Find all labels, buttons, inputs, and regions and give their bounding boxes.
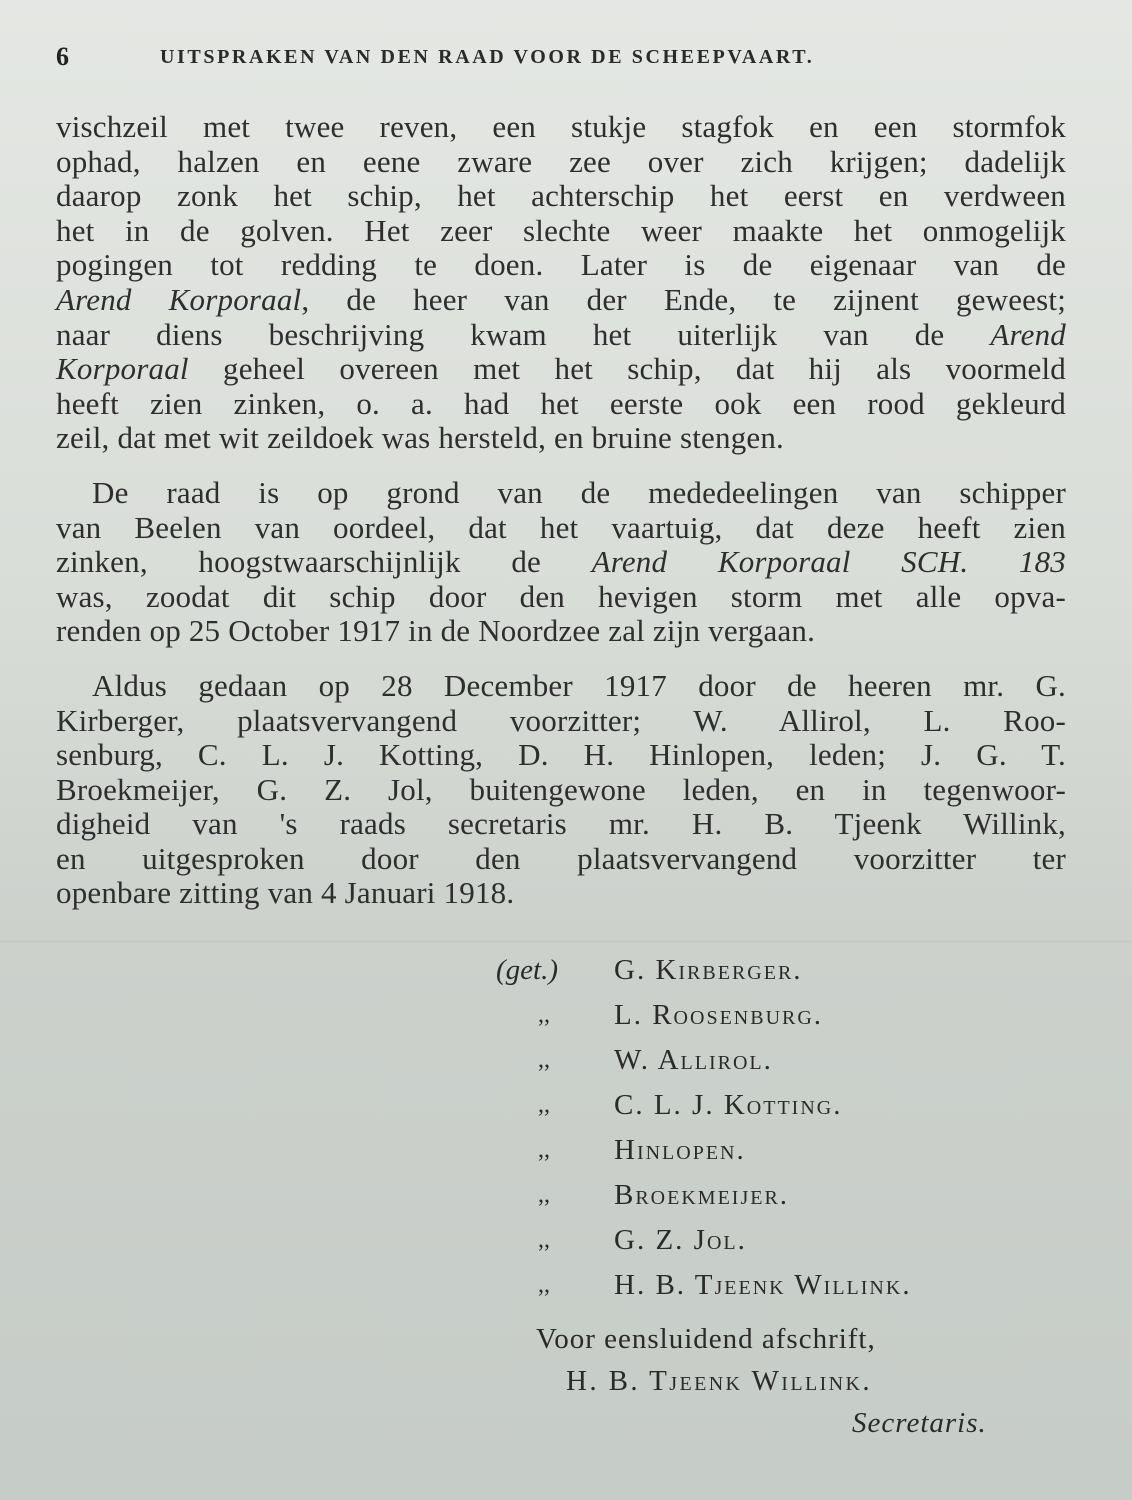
ship-name: Arend Korporaal SCH. 183 — [592, 544, 1066, 579]
paragraph-gap — [56, 649, 1066, 669]
signature-row: ,, W. Allirol. — [496, 1038, 1056, 1083]
signatory-name: L. Roosenburg. — [614, 993, 823, 1038]
signature-row: ,, H. B. Tjeenk Willink. — [496, 1263, 1056, 1308]
text-line: Broekmeijer, G. Z. Jol, buitengewone led… — [56, 773, 1066, 808]
text-line: het in de golven. Het zeer slechte weer … — [56, 214, 1066, 249]
ditto-mark: ,, — [538, 1038, 550, 1083]
text-line: renden op 25 October 1917 in de Noordzee… — [56, 614, 1066, 649]
signatory-name: G. Z. Jol. — [614, 1218, 747, 1263]
text-line: naar diens beschrijving kwam het uiterli… — [56, 318, 1066, 353]
signatory-name: C. L. J. Kotting. — [614, 1083, 842, 1128]
signature-block: (get.) G. Kirberger. ,, L. Roosenburg. ,… — [496, 948, 1056, 1308]
secretary-title: Secretaris. — [536, 1402, 1036, 1444]
text-line: Aldus gedaan op 28 December 1917 door de… — [56, 669, 1066, 704]
paragraph-3: Aldus gedaan op 28 December 1917 door de… — [56, 669, 1066, 911]
signatory-name: Hinlopen. — [614, 1128, 746, 1173]
ship-name: Arend — [990, 317, 1066, 352]
ditto-mark: ,, — [538, 1263, 550, 1308]
text-line: van Beelen van oordeel, dat het vaartuig… — [56, 511, 1066, 546]
text-line: De raad is op grond van de mededeelingen… — [56, 476, 1066, 511]
page-number: 6 — [56, 42, 69, 72]
secretary-name: H. B. Tjeenk Willink. — [536, 1360, 1036, 1402]
paragraph-2: De raad is op grond van de mededeelingen… — [56, 476, 1066, 649]
signatory-name: Broekmeijer. — [614, 1173, 789, 1218]
signature-row: ,, C. L. J. Kotting. — [496, 1083, 1056, 1128]
ditto-mark: ,, — [538, 1173, 550, 1218]
text-line: daarop zonk het schip, het achterschip h… — [56, 179, 1066, 214]
text-line: en uitgesproken door den plaatsvervangen… — [56, 842, 1066, 877]
text-line: vischzeil met twee reven, een stukje sta… — [56, 110, 1066, 145]
signed-prefix: (get.) — [496, 948, 558, 993]
paragraph-1: vischzeil met twee reven, een stukje sta… — [56, 110, 1066, 456]
signature-row: (get.) G. Kirberger. — [496, 948, 1056, 993]
signature-row: ,, L. Roosenburg. — [496, 993, 1056, 1038]
text-line: zinken, hoogstwaarschijnlijk de Arend Ko… — [56, 545, 1066, 580]
body-text: vischzeil met twee reven, een stukje sta… — [56, 110, 1066, 911]
paper-fold-crease — [0, 940, 1132, 943]
attestation-text: Voor eensluidend afschrift, — [536, 1318, 1036, 1360]
text-line: senburg, C. L. J. Kotting, D. H. Hinlope… — [56, 738, 1066, 773]
text-line: openbare zitting van 4 Januari 1918. — [56, 876, 1066, 911]
page-header: 6 Uitspraken van den Raad voor de Scheep… — [56, 42, 1066, 78]
text-line: ophad, halzen en eene zware zee over zic… — [56, 145, 1066, 180]
ditto-mark: ,, — [538, 1218, 550, 1263]
text-line: zeil, dat met wit zeildoek was hersteld,… — [56, 421, 1066, 456]
attestation-block: Voor eensluidend afschrift, H. B. Tjeenk… — [536, 1318, 1036, 1444]
ship-name: Korporaal — [56, 351, 189, 386]
signature-row: ,, Broekmeijer. — [496, 1173, 1056, 1218]
text-line: Korporaal geheel overeen met het schip, … — [56, 352, 1066, 387]
signature-row: ,, Hinlopen. — [496, 1128, 1056, 1173]
text-line: was, zoodat dit schip door den hevigen s… — [56, 580, 1066, 615]
text-line: Kirberger, plaatsvervangend voorzitter; … — [56, 704, 1066, 739]
ditto-mark: ,, — [538, 1083, 550, 1128]
signatory-name: H. B. Tjeenk Willink. — [614, 1263, 912, 1308]
signature-row: ,, G. Z. Jol. — [496, 1218, 1056, 1263]
text-line: Arend Korporaal, de heer van der Ende, t… — [56, 283, 1066, 318]
text-line: pogingen tot redding te doen. Later is d… — [56, 248, 1066, 283]
text-line: digheid van 's raads secretaris mr. H. B… — [56, 807, 1066, 842]
signatory-name: W. Allirol. — [614, 1038, 773, 1083]
document-page: 6 Uitspraken van den Raad voor de Scheep… — [0, 0, 1132, 1500]
ship-name: Arend Korporaal — [56, 282, 301, 317]
ditto-mark: ,, — [538, 1128, 550, 1173]
ditto-mark: ,, — [538, 993, 550, 1038]
running-head: Uitspraken van den Raad voor de Scheepva… — [160, 46, 814, 69]
paragraph-gap — [56, 456, 1066, 476]
text-line: heeft zien zinken, o. a. had het eerste … — [56, 387, 1066, 422]
signatory-name: G. Kirberger. — [614, 948, 803, 993]
